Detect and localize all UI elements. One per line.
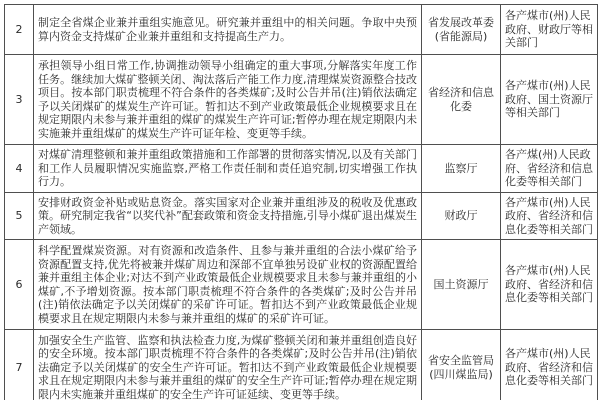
document-page: 2 制定全省煤企业兼并重组实施意见。研究兼并重组中的相关问题。争取中央预算内资金… xyxy=(0,0,600,400)
task-cell: 加强安全生产监管、监察和执法检查力度,为煤矿整顿关闭和兼并重组创造良好的安全环境… xyxy=(34,330,422,400)
row-number: 6 xyxy=(5,240,34,330)
task-cell: 科学配置煤炭资源。对有资源和改造条件、且参与兼并重组的合法小煤矿给予资源配置支持… xyxy=(34,240,422,330)
responsible-dept-cell: 财政厅 xyxy=(422,192,501,240)
task-cell: 承担领导小组日常工作,协调推动领导小组确定的重大事项,分解落实年度工作任务。继续… xyxy=(34,55,422,145)
row-number: 2 xyxy=(5,5,34,55)
related-depts-cell: 各产煤市(州)人民政府、财政厅等相关部门 xyxy=(501,5,598,55)
related-depts-cell: 各产煤市(州)人民政府、省经济和信息化委等相关部门 xyxy=(501,240,598,330)
table-row: 2 制定全省煤企业兼并重组实施意见。研究兼并重组中的相关问题。争取中央预算内资金… xyxy=(5,5,598,55)
task-cell: 对煤矿清理整顿和兼并重组政策措施和工作部署的贯彻落实情况,以及有关部门和工作人员… xyxy=(34,145,422,193)
task-cell: 制定全省煤企业兼并重组实施意见。研究兼并重组中的相关问题。争取中央预算内资金支持… xyxy=(34,5,422,55)
related-depts-cell: 各产煤市(州)人民政府、省经济和信息化委等相关部门 xyxy=(501,192,598,240)
row-number: 3 xyxy=(5,55,34,145)
responsible-dept-cell: 监察厅 xyxy=(422,145,501,193)
table-row: 4 对煤矿清理整顿和兼并重组政策措施和工作部署的贯彻落实情况,以及有关部门和工作… xyxy=(5,145,598,193)
table-row: 5 安排财政资金补贴或贴息资金。落实国家对企业兼并重组涉及的税收及优惠政策。研究… xyxy=(5,192,598,240)
table-row: 7 加强安全生产监管、监察和执法检查力度,为煤矿整顿关闭和兼并重组创造良好的安全… xyxy=(5,330,598,400)
responsible-dept-cell: 国土资源厅 xyxy=(422,240,501,330)
responsible-dept-cell: 省安全监管局 (四川煤监局) xyxy=(422,330,501,400)
related-depts-cell: 各产煤市(州)人民政府、国土资源厅等相关部门 xyxy=(501,55,598,145)
related-depts-cell: 各产煤市(州)人民政府、省经济和信息化委等相关部门 xyxy=(501,330,598,400)
row-number: 4 xyxy=(5,145,34,193)
task-cell: 安排财政资金补贴或贴息资金。落实国家对企业兼并重组涉及的税收及优惠政策。研究制定… xyxy=(34,192,422,240)
row-number: 7 xyxy=(5,330,34,400)
responsible-dept-cell: 省发展改革委 (省能源局) xyxy=(422,5,501,55)
row-number: 5 xyxy=(5,192,34,240)
responsible-dept-cell: 省经济和信息 化委 xyxy=(422,55,501,145)
table-row: 3 承担领导小组日常工作,协调推动领导小组确定的重大事项,分解落实年度工作任务。… xyxy=(5,55,598,145)
related-depts-cell: 各产煤(州)人民政府、省经济和信息化委等相关部门 xyxy=(501,145,598,193)
table-row: 6 科学配置煤炭资源。对有资源和改造条件、且参与兼并重组的合法小煤矿给予资源配置… xyxy=(5,240,598,330)
task-assignment-table: 2 制定全省煤企业兼并重组实施意见。研究兼并重组中的相关问题。争取中央预算内资金… xyxy=(4,4,598,400)
